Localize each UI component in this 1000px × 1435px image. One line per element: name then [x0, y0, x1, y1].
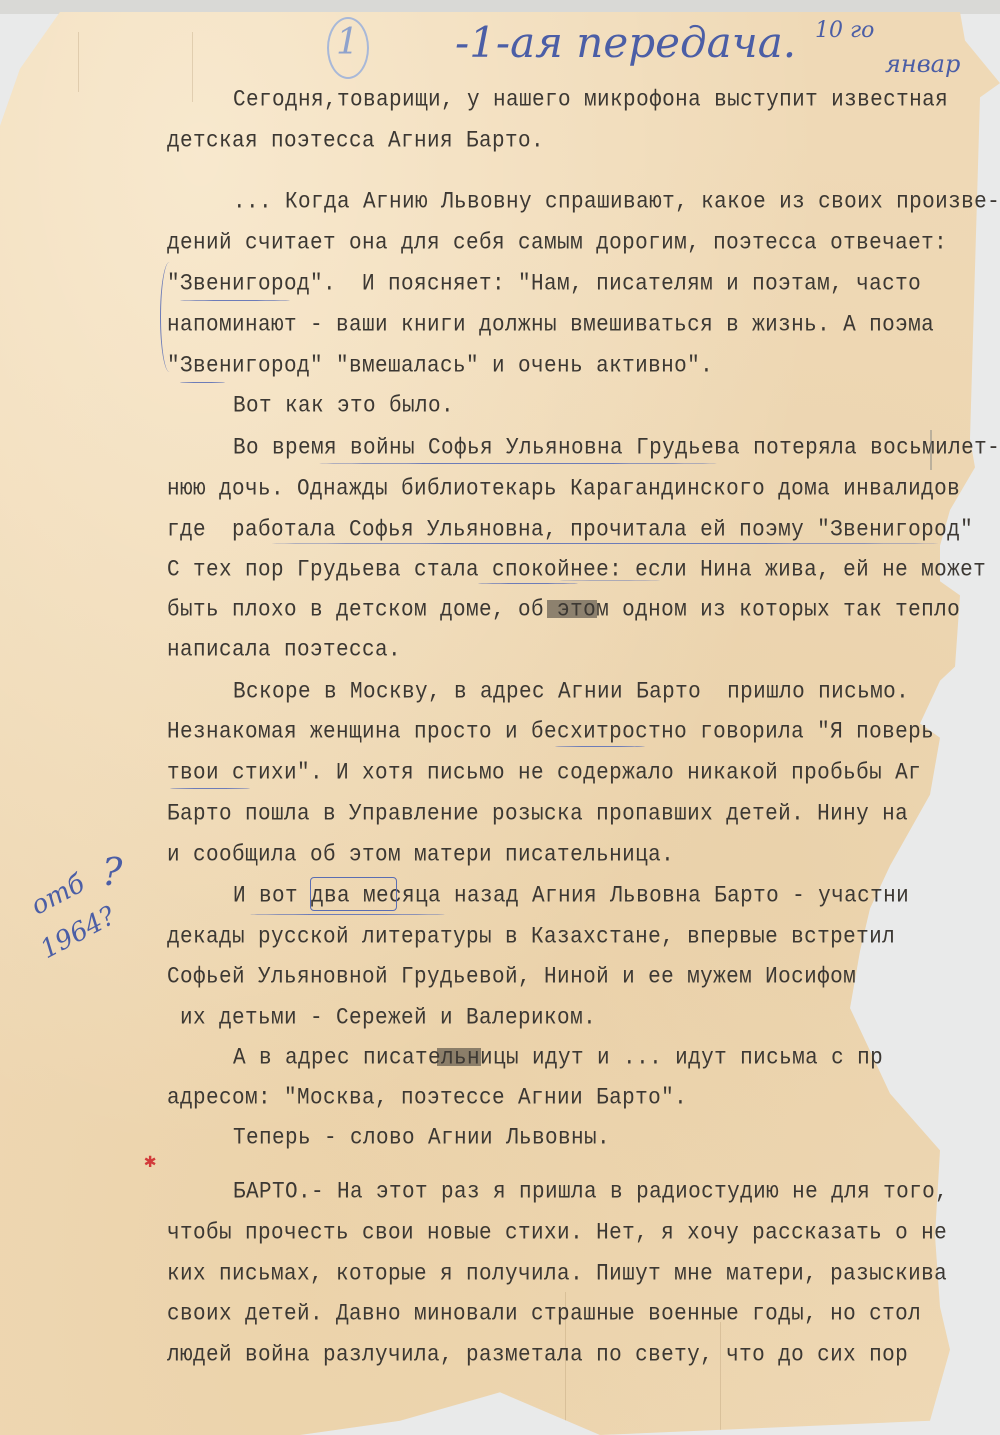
text-line: нюю дочь. Однажды библиотекарь Караганди… — [167, 477, 960, 502]
pen-underline — [180, 382, 225, 383]
text-line: "Звенигород". И поясняет: "Нам, писателя… — [167, 272, 921, 297]
text-line: написала поэтесса. — [167, 638, 401, 663]
text-line: А в адрес писательницы идут и ... идут п… — [233, 1046, 883, 1071]
pen-underline — [170, 788, 250, 789]
typed-strikeout — [547, 600, 597, 618]
text-line: и сообщила об этом матери писательница. — [167, 843, 674, 868]
red-ink-mark-icon: ✱ — [144, 1148, 156, 1174]
pen-underline — [270, 543, 940, 544]
text-line: детская поэтесса Агния Барто. — [167, 129, 544, 154]
pen-underline — [180, 300, 290, 301]
text-line: Софьей Ульяновной Грудьевой, Ниной и ее … — [167, 965, 856, 990]
text-line: адресом: "Москва, поэтессе Агнии Барто". — [167, 1086, 687, 1111]
margin-question-mark: ? — [102, 850, 122, 894]
pen-underline — [555, 746, 645, 747]
page-number-handwritten: 1 — [336, 22, 359, 63]
pen-underline — [560, 580, 660, 581]
text-line: дений считает она для себя самым дорогим… — [167, 231, 947, 256]
pen-margin-mark — [930, 430, 932, 470]
pen-box-annotation — [310, 877, 397, 911]
text-line: БАРТО.- На этот раз я пришла в радиостуд… — [233, 1180, 948, 1205]
text-line: Вскоре в Москву, в адрес Агнии Барто при… — [233, 680, 909, 705]
text-line: Вот как это было. — [233, 394, 454, 419]
text-line: Сегодня,товарищи, у нашего микрофона выс… — [233, 88, 948, 113]
text-line: Во время войны Софья Ульяновна Грудьева … — [233, 436, 1000, 461]
text-line: твои стихи". И хотя письмо не содержало … — [167, 761, 921, 786]
text-line: Барто пошла в Управление розыска пропавш… — [167, 802, 908, 827]
pen-underline — [478, 583, 578, 584]
text-line: их детьми - Сережей и Валериком. — [167, 1006, 596, 1031]
text-line: чтобы прочесть свои новые стихи. Нет, я … — [167, 1221, 947, 1246]
text-line: своих детей. Давно миновали страшные вое… — [167, 1302, 921, 1327]
text-line: где работала Софья Ульяновна, прочитала … — [167, 518, 973, 543]
date-note-handwritten-2: январ — [885, 50, 960, 78]
text-line: ... Когда Агнию Львовну спрашивают, како… — [233, 190, 1000, 215]
text-line: С тех пор Грудьева стала спокойнее: если… — [167, 558, 986, 583]
broadcast-title-handwritten: -1-ая передача. — [455, 18, 796, 67]
pen-underline — [318, 463, 718, 464]
pen-bracket — [160, 262, 179, 372]
text-line: ких письмах, которые я получила. Пишут м… — [167, 1262, 947, 1287]
text-line: декады русской литературы в Казахстане, … — [167, 925, 895, 950]
document-body: 1 -1-ая передача. 10 го январ отб 1964? … — [0, 0, 1000, 1435]
text-line: людей война разлучила, разметала по свет… — [167, 1343, 908, 1368]
text-line: "Звенигород" "вмешалась" и очень активно… — [167, 354, 713, 379]
text-line: напоминают - ваши книги должны вмешивать… — [167, 313, 934, 338]
date-note-handwritten-1: 10 го — [815, 18, 874, 43]
text-line: Теперь - слово Агнии Львовны. — [233, 1126, 610, 1151]
text-line: Незнакомая женщина просто и бесхитростно… — [167, 720, 934, 745]
typed-strikeout — [437, 1048, 481, 1066]
pen-underline — [250, 914, 445, 915]
